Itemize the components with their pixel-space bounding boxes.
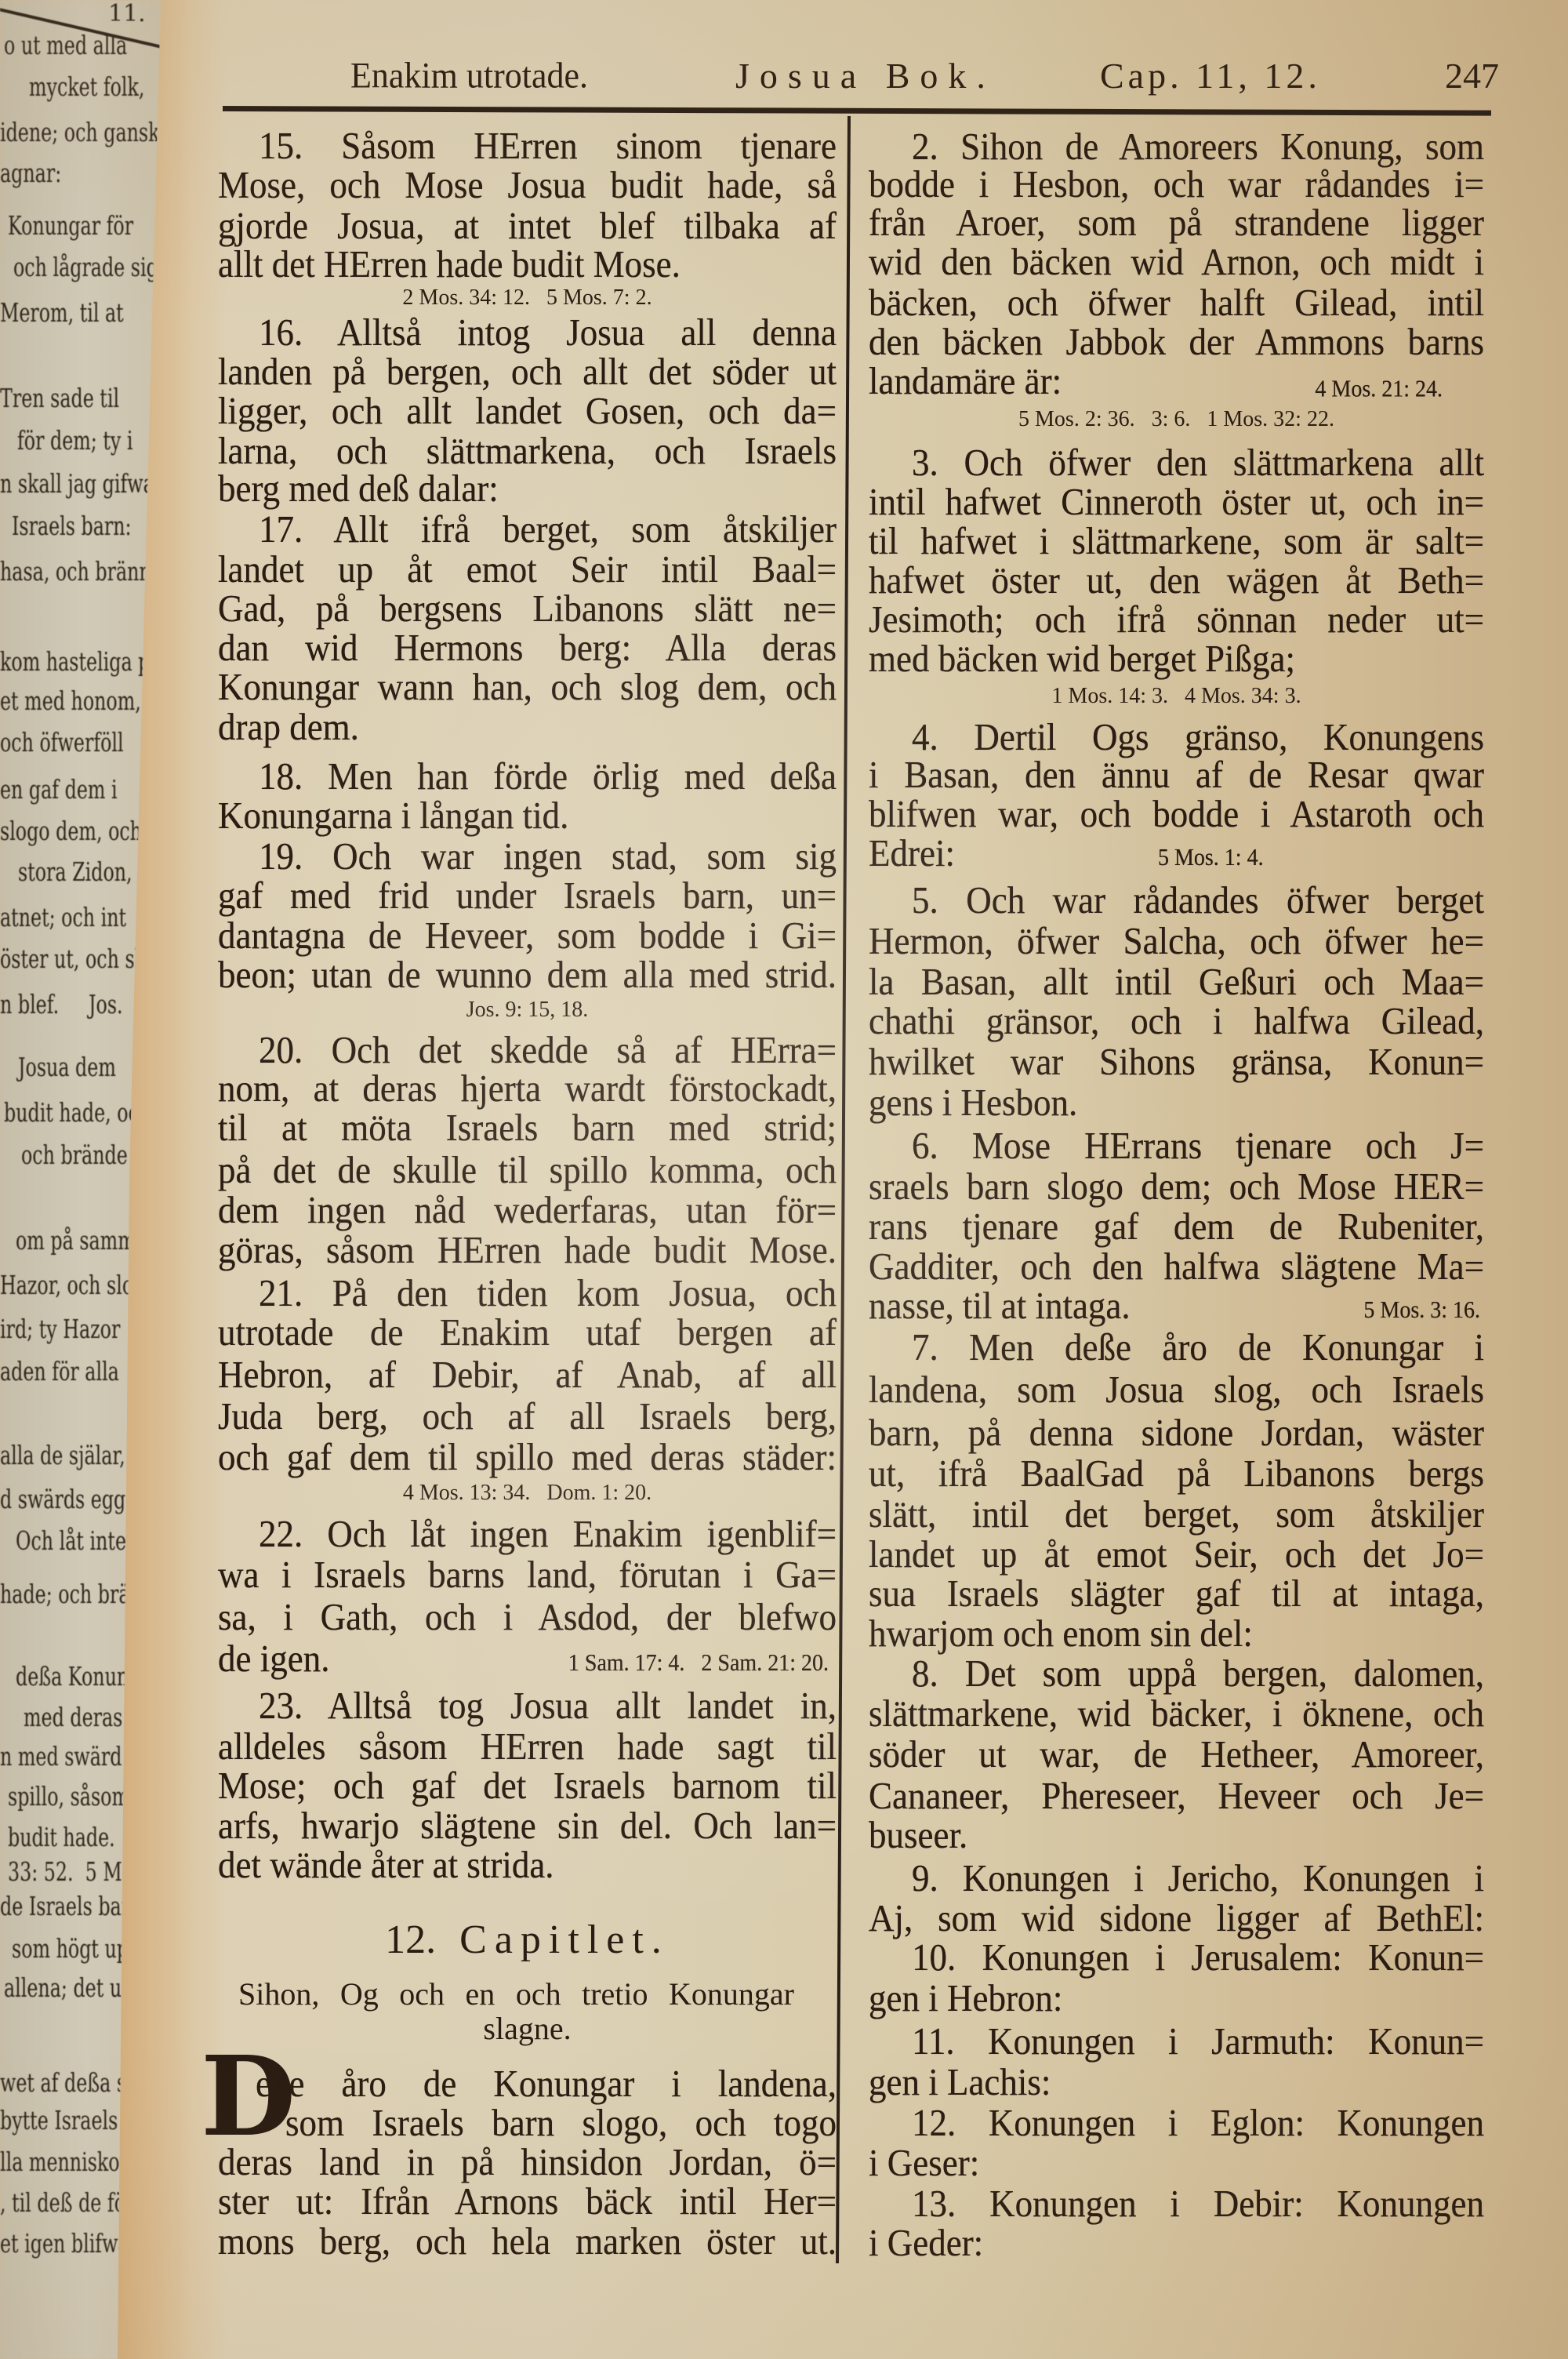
verse-line: ligger, och allt landet Gosen, och da= xyxy=(218,389,837,433)
verse-text: Alltså intog Josua all denna xyxy=(337,311,837,354)
verse-number: 3. xyxy=(912,442,938,484)
verse-line: Gad, på bergsens Libanons slätt ne= xyxy=(218,587,837,631)
facing-line: slogo dem, och xyxy=(0,816,142,847)
chapter-number: 12. xyxy=(385,1917,436,1962)
facing-line: agnar: xyxy=(0,158,61,189)
verse-text: På den tiden kom Josua, och xyxy=(332,1272,837,1314)
verse-line: deras land in på hinsidon Jordan, ö= xyxy=(218,2140,837,2184)
verse-line: mons berg, och hela marken öster ut. xyxy=(218,2219,837,2263)
verse-line: 23. Alltså tog Josua allt landet in, xyxy=(218,1684,837,1728)
verse-line: sraels barn slogo dem; och Mose HER= xyxy=(869,1165,1484,1209)
verse-number: 13. xyxy=(912,2183,956,2225)
verse-line: berg med deß dalar: xyxy=(218,467,837,511)
facing-line: budit hade, och xyxy=(4,1097,151,1129)
verse-text: Konungen i Eglon: Konungen xyxy=(989,2102,1484,2144)
verse-line: Konungarna i långan tid. xyxy=(218,794,837,838)
verse-line: hafwet öster ut, den wägen åt Beth= xyxy=(869,558,1484,602)
verse-line: från Aroer, som på strandene ligger xyxy=(869,201,1484,245)
verse-line: Konungar wann han, och slog dem, och xyxy=(218,665,837,709)
verse-line: Juda berg, och af all Israels berg, xyxy=(218,1394,837,1438)
verse-line: gen i Lachis: xyxy=(869,2060,1484,2104)
verse-line: hwilket war Sihons gränsa, Konun= xyxy=(869,1040,1484,1084)
verse-line: landen på bergen, och allt det söder ut xyxy=(218,350,837,394)
verse-line: drap dem. xyxy=(218,705,837,749)
verse-number: 2. xyxy=(912,125,938,168)
verse-line: Aj, som wid sidone ligger af BethEl: xyxy=(869,1896,1484,1940)
verse-line: söder ut war, de Hetheer, Amoreer, xyxy=(869,1732,1484,1776)
verse-number: 20. xyxy=(259,1029,303,1071)
verse-line: på det de skulle til spillo komma, och xyxy=(218,1148,837,1192)
verse-line: gen i Hebron: xyxy=(869,1976,1484,2020)
facing-line: som högt upp xyxy=(12,1933,140,1965)
verse-line: 5. Och war rådandes öfwer berget xyxy=(869,878,1484,922)
verse-line: slättmarkene, wid bäcker, i öknene, och xyxy=(869,1692,1484,1736)
facing-line: de Israels barn xyxy=(0,1891,142,1922)
chapter-title: Capitlet. xyxy=(459,1917,670,1962)
facing-line: Israels barn: xyxy=(12,511,132,542)
verse-line: 11. Konungen i Jarmuth: Konun= xyxy=(869,2019,1484,2063)
verse-line: det wände åter at strida. xyxy=(218,1843,837,1887)
facing-line: Konungar för xyxy=(8,210,133,242)
facing-line: Merom, til at xyxy=(0,297,124,329)
verse-text: Såsom HErren sinom tjenare xyxy=(341,125,837,167)
verse-number: 10. xyxy=(912,1936,956,1979)
verse-line: til hafwet i slättmarkene, som är salt= xyxy=(869,519,1484,563)
verse-number: 18. xyxy=(259,755,303,798)
verse-line: som Israels barn slogo, och togo xyxy=(218,2101,837,2145)
verse-number: 15. xyxy=(259,125,303,167)
verse-number: 5. xyxy=(912,879,938,921)
facing-line: Och låt inte xyxy=(16,1525,126,1557)
facing-line: idene; och ganska xyxy=(0,117,169,148)
verse-number: 23. xyxy=(259,1685,303,1727)
verse-number: 17. xyxy=(259,508,303,551)
facing-line: Josua dem xyxy=(18,1052,116,1083)
verse-line: göras, såsom HErren hade budit Mose. xyxy=(218,1228,837,1272)
verse-line: dan wid Hermons berg: Alla deras xyxy=(218,626,837,670)
verse-text: Och war rådandes öfwer berget xyxy=(966,879,1484,921)
verse-line: med bäcken wid berget Pißga; xyxy=(869,637,1484,681)
verse-line: arfs, hwarjo slägtene sin del. Och lan= xyxy=(218,1804,837,1848)
chapter-summary: slagne. xyxy=(218,2012,837,2046)
verse-line: sua Israels slägter gaf til at intaga, xyxy=(869,1572,1484,1616)
facing-line: deßa Konung xyxy=(16,1661,140,1692)
verse-number: 22. xyxy=(259,1513,303,1555)
verse-number: 16. xyxy=(259,311,303,354)
verse-line: 7. Men deße åro de Konungar i xyxy=(869,1325,1484,1369)
verse-text: Mose HErrans tjenare och J= xyxy=(972,1125,1484,1167)
facing-line: n med swärd xyxy=(0,1741,122,1772)
verse-line: buseer. xyxy=(869,1813,1484,1857)
facing-line: atnet; och int xyxy=(0,902,126,933)
verse-line: 8. Det som uppå bergen, dalomen, xyxy=(869,1652,1484,1696)
verse-text: Och det skedde så af HErra= xyxy=(332,1029,837,1071)
inline-cross-reference: 5 Mos. 1: 4. xyxy=(1158,836,1264,880)
facing-line: , til deß de för xyxy=(0,2187,134,2219)
verse-number: 21. xyxy=(259,1272,303,1314)
verse-line: Jesimoth; och ifrå sönnan neder ut= xyxy=(869,598,1484,642)
verse-line: i Basan, den ännu af de Resar qwar xyxy=(869,753,1484,797)
verse-line: barn, på denna sidone Jordan, wäster xyxy=(869,1411,1484,1455)
verse-line: sa, i Gath, och i Asdod, der blefwo xyxy=(218,1595,837,1639)
verse-line: la Basan, allt intil Geßuri och Maa= xyxy=(869,960,1484,1004)
facing-line: om på samm xyxy=(16,1225,136,1256)
verse-line: wa i Israels barns land, förutan i Ga= xyxy=(218,1553,837,1597)
verse-line: ster ut: Ifrån Arnons bäck intil Her= xyxy=(218,2179,837,2223)
verse-line: til at möta Israels barn med strid; xyxy=(218,1106,837,1150)
facing-line: spillo, såsom xyxy=(8,1781,129,1812)
verse-line: 20. Och det skedde så af HErra= xyxy=(218,1028,837,1072)
verse-text: Konungen i Jericho, Konungen i xyxy=(963,1857,1484,1899)
facing-line: bytte Israels xyxy=(0,2105,118,2136)
facing-line: för dem; ty i xyxy=(17,425,132,456)
verse-line: 19. Och war ingen stad, som sig xyxy=(218,834,837,878)
verse-line: Hermon, öfwer Salcha, och öfwer he= xyxy=(869,919,1484,963)
verse-line: de igen.1 Sam. 17: 4. 2 Sam. 21: 20. xyxy=(218,1637,837,1681)
cross-reference: 5 Mos. 2: 36. 3: 6. 1 Mos. 32: 22. xyxy=(869,404,1484,435)
verse-line: gaf med frid under Israels barn, un= xyxy=(218,874,837,918)
facing-line: Tren sade til xyxy=(0,383,119,414)
facing-line: o ut med alla xyxy=(4,30,127,61)
chapter-heading: 12.Capitlet. xyxy=(218,1915,837,1965)
verse-line: chathi gränsor, och i halfwa Gilead, xyxy=(869,999,1484,1043)
facing-line: och lågrade sig xyxy=(13,252,158,283)
verse-text: Men han förde örlig med deßa xyxy=(328,755,837,798)
verse-line: landena, som Josua slog, och Israels xyxy=(869,1368,1484,1412)
verse-number: 9. xyxy=(912,1857,938,1899)
left-column: 15. Såsom HErren sinom tjenare Mose, och… xyxy=(218,0,837,2359)
verse-number: 19. xyxy=(259,835,303,878)
verse-text: Konungen i Debir: Konungen xyxy=(989,2183,1484,2225)
verse-line: Mose; och gaf det Israels barnom til xyxy=(218,1764,837,1808)
verse-line: i Geser: xyxy=(869,2141,1484,2185)
verse-line: blifwen war, och bodde i Astaroth och xyxy=(869,792,1484,836)
verse-text: de igen. xyxy=(218,1637,329,1680)
verse-line: bodde i Hesbon, och war rådandes i= xyxy=(869,162,1484,206)
verse-number: 8. xyxy=(912,1652,938,1695)
verse-line: rans tjenare gaf dem de Rubeniter, xyxy=(869,1205,1484,1249)
verse-text: Och war ingen stad, som sig xyxy=(332,835,837,878)
verse-number: 4. xyxy=(912,716,938,758)
facing-line: et med honom, xyxy=(0,685,141,717)
facing-line: budit hade. xyxy=(8,1822,115,1853)
facing-header-fragment: 11. xyxy=(108,0,146,28)
verse-line: 22. Och låt ingen Enakim igenblif= xyxy=(218,1512,837,1556)
inline-cross-reference: 1 Sam. 17: 4. 2 Sam. 21: 20. xyxy=(568,1641,829,1685)
verse-line: i Geder: xyxy=(869,2221,1484,2265)
verse-line: bäcken, och öfwer halft Gilead, intil xyxy=(869,281,1484,325)
verse-line: ut, ifrå BaalGad på Libanons bergs xyxy=(869,1452,1484,1496)
verse-line: landet up åt emot Seir, och det Jo= xyxy=(869,1532,1484,1576)
facing-line: n blef. Jos. xyxy=(0,989,123,1020)
verse-line: hwarjom och enom sin del: xyxy=(869,1612,1484,1656)
verse-line: allt det HErren hade budit Mose. xyxy=(218,242,837,286)
facing-line: kom hasteliga på xyxy=(0,646,162,678)
verse-line: 21. På den tiden kom Josua, och xyxy=(218,1271,837,1315)
facing-line: mycket folk, xyxy=(29,71,144,103)
verse-text: landamäre är: xyxy=(869,360,1062,402)
verse-number: 11. xyxy=(912,2020,955,2063)
verse-line: Edrei:5 Mos. 1: 4. xyxy=(869,831,1484,875)
verse-line: 3. Och öfwer den slättmarkena allt xyxy=(869,441,1484,485)
verse-text: Men deße åro de Konungar i xyxy=(969,1326,1484,1369)
verse-text: Dertil Ogs gränso, Konungens xyxy=(974,716,1484,758)
cross-reference: 1 Mos. 14: 3. 4 Mos. 34: 3. xyxy=(869,681,1484,712)
verse-line: alldeles såsom HErren hade sagt til xyxy=(218,1725,837,1768)
verse-line: den bäcken Jabbok der Ammons barns xyxy=(869,320,1484,364)
verse-text: Det som uppå bergen, dalomen, xyxy=(965,1652,1484,1695)
verse-line: slätt, intil det berget, som åtskiljer xyxy=(869,1492,1484,1536)
chapter-summary: Sihon, Og och en och tretio Konungar xyxy=(238,1977,794,2012)
facing-line: d swärds egg xyxy=(0,1484,125,1515)
facing-line: hasa, och bränna xyxy=(0,556,162,587)
facing-line: aden för alla xyxy=(0,1356,119,1387)
verse-line: dem ingen nåd wederfaras, utan för= xyxy=(218,1188,837,1232)
verse-line: nasse, til at intaga.5 Mos. 3: 16. xyxy=(869,1284,1484,1328)
facing-line: och öfwerföll xyxy=(0,727,124,758)
cross-reference: 4 Mos. 13: 34. Dom. 1: 20. xyxy=(218,1478,837,1509)
verse-text: Konungen i Jarmuth: Konun= xyxy=(988,2020,1484,2063)
verse-line: nom, at deras hjerta wardt förstockadt, xyxy=(218,1067,837,1110)
verse-line: Gadditer, och den halfwa slägtene Ma= xyxy=(869,1245,1484,1289)
cross-reference: 2 Mos. 34: 12. 5 Mos. 7: 2. xyxy=(218,282,837,314)
facing-line: stora Zidon, xyxy=(18,856,132,888)
verse-text: Konungen i Jerusalem: Konun= xyxy=(982,1936,1484,1979)
verse-line: 12. Konungen i Eglon: Konungen xyxy=(869,2101,1484,2145)
verse-line: intil hafwet Cinneroth öster ut, och in= xyxy=(869,480,1484,524)
verse-text: Sihon de Amoreers Konung, som xyxy=(960,125,1484,168)
verse-line: gens i Hesbon. xyxy=(869,1081,1484,1125)
verse-line: 9. Konungen i Jericho, Konungen i xyxy=(869,1856,1484,1900)
verse-text: Och öfwer den slättmarkena allt xyxy=(964,442,1484,484)
verse-text: nasse, til at intaga. xyxy=(869,1285,1131,1327)
verse-line: landamäre är:4 Mos. 21: 24. xyxy=(869,359,1484,403)
verse-line: 16. Alltså intog Josua all denna xyxy=(218,311,837,354)
verse-line: gjorde Josua, at intet blef tilbaka af xyxy=(218,204,837,248)
facing-line: allena; det up xyxy=(4,1972,133,2004)
verse-line: eße åro de Konungar i landena, xyxy=(218,2062,837,2106)
cross-reference: Jos. 9: 15, 18. xyxy=(218,994,837,1026)
facing-line: lla menniskor xyxy=(0,2146,129,2178)
right-column: 2. Sihon de Amoreers Konung, som bodde i… xyxy=(869,0,1484,2359)
verse-line: Mose, och Mose Josua budit hade, så xyxy=(218,163,837,207)
facing-line: et igen blifwa xyxy=(0,2228,129,2259)
verse-line: wid den bäcken wid Arnon, och midt i xyxy=(869,240,1484,284)
verse-text: Alltså tog Josua allt landet in, xyxy=(328,1685,837,1727)
verse-line: och gaf dem til spillo med deras städer: xyxy=(218,1435,837,1479)
verse-line: 13. Konungen i Debir: Konungen xyxy=(869,2182,1484,2226)
verse-number: 6. xyxy=(912,1125,938,1167)
verse-number: 12. xyxy=(912,2102,956,2144)
facing-line: n skall jag gifwa xyxy=(0,468,154,500)
verse-text: Edrei: xyxy=(869,832,955,874)
verse-line: Cananeer, Phereseer, Heveer och Je= xyxy=(869,1774,1484,1818)
verse-line: 15. Såsom HErren sinom tjenare xyxy=(218,124,837,168)
verse-line: Hebron, af Debir, af Anab, af all xyxy=(218,1353,837,1397)
verse-line: beon; utan de wunno dem alla med strid. xyxy=(218,953,837,997)
verse-text: Allt ifrå berget, som åtskiljer xyxy=(333,508,837,551)
facing-line: Hazor, och slog xyxy=(0,1270,145,1301)
verse-line: 10. Konungen i Jerusalem: Konun= xyxy=(869,1936,1484,1979)
facing-line: en gaf dem i xyxy=(0,774,118,805)
facing-line: alla de själar, xyxy=(0,1440,125,1471)
facing-line: ird; ty Hazor xyxy=(0,1314,120,1345)
verse-line: dantagna de Heveer, som bodde i Gi= xyxy=(218,914,837,958)
verse-number: 7. xyxy=(912,1326,938,1369)
facing-line: och brände xyxy=(21,1140,128,1171)
verse-line: utrotade de Enakim utaf bergen af xyxy=(218,1310,837,1354)
verse-line: 17. Allt ifrå berget, som åtskiljer xyxy=(218,507,837,551)
verse-text: Och låt ingen Enakim igenblif= xyxy=(327,1513,837,1555)
verse-line: landet up åt emot Seir intil Baal= xyxy=(218,547,837,591)
verse-line: 6. Mose HErrans tjenare och J= xyxy=(869,1124,1484,1168)
verse-line: 18. Men han förde örlig med deßa xyxy=(218,754,837,798)
